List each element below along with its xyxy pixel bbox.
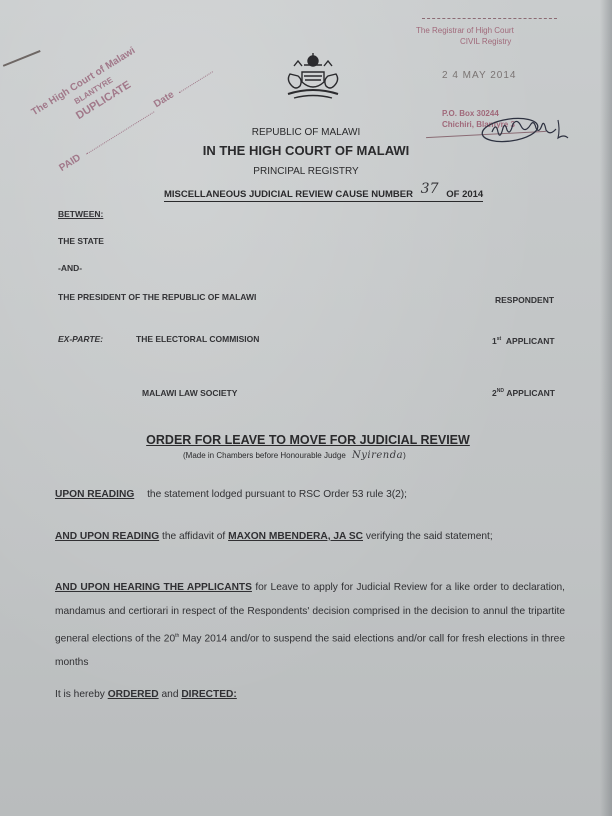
stamp-border <box>422 18 557 19</box>
applicant2-role-label: APPLICANT <box>506 388 555 398</box>
applicant1-role-label: APPLICANT <box>506 336 555 346</box>
judge-name-handwritten: Nyirenda <box>352 450 403 461</box>
respondent-role: RESPONDENT <box>495 295 554 305</box>
paragraph-and-upon-reading: AND UPON READING the affidavit of MAXON … <box>55 531 493 542</box>
p1-text: the statement lodged pursuant to RSC Ord… <box>147 489 407 500</box>
cause-number-handwritten: 37 <box>416 181 444 197</box>
order-subtitle-close: ) <box>403 451 406 460</box>
document-page: The High Court of Malawi BLANTYRE DUPLIC… <box>0 0 612 816</box>
p4-ordered: ORDERED <box>108 689 159 700</box>
ink-mark <box>3 50 41 67</box>
order-title: ORDER FOR LEAVE TO MOVE FOR JUDICIAL REV… <box>0 433 612 447</box>
p3-ordinal-suffix: th <box>175 633 179 639</box>
paragraph-upon-reading: UPON READING the statement lodged pursua… <box>55 489 407 500</box>
respondent-name: THE PRESIDENT OF THE REPUBLIC OF MALAWI <box>58 292 256 302</box>
applicant2-ordinal-suffix: ND <box>497 388 504 394</box>
p4-directed: DIRECTED: <box>181 689 236 700</box>
order-subtitle: (Made in Chambers before Honourable Judg… <box>183 450 406 461</box>
stamp-dotted-line <box>179 71 213 93</box>
paragraph-upon-hearing: AND UPON HEARING THE APPLICANTS for Leav… <box>55 576 565 675</box>
claimant-name: THE STATE <box>58 236 104 246</box>
applicant1-role: 1st APPLICANT <box>492 336 555 346</box>
paragraph-ordered: It is hereby ORDERED and DIRECTED: <box>55 689 237 700</box>
order-title-text: ORDER FOR LEAVE TO MOVE FOR JUDICIAL REV… <box>146 433 470 447</box>
p1-heading: UPON READING <box>55 489 134 500</box>
applicant2-name: MALAWI LAW SOCIETY <box>142 388 237 398</box>
cause-number-underline: MISCELLANEOUS JUDICIAL REVIEW CAUSE NUMB… <box>164 185 483 202</box>
order-subtitle-text: (Made in Chambers before Honourable Judg… <box>183 451 346 460</box>
p2-text-a: the affidavit of <box>162 531 225 542</box>
stamp-date: 2 4 MAY 2014 <box>442 70 516 81</box>
applicant1-name: THE ELECTORAL COMMISION <box>136 334 259 344</box>
registry-heading: PRINCIPAL REGISTRY <box>0 166 612 177</box>
p4-and: and <box>161 689 178 700</box>
between-label: BETWEEN: <box>58 209 103 219</box>
applicant2-role: 2ND APPLICANT <box>492 388 555 398</box>
republic-heading: REPUBLIC OF MALAWI <box>0 127 612 138</box>
coat-of-arms-icon <box>280 52 346 104</box>
applicant1-ordinal-suffix: st <box>497 336 501 342</box>
stamp-registry: CIVIL Registry <box>460 37 511 46</box>
p2-heading: AND UPON READING <box>55 531 159 542</box>
cause-suffix: OF 2014 <box>446 189 483 200</box>
p3-heading: AND UPON HEARING THE APPLICANTS <box>55 582 252 593</box>
p2-deponent-name: MAXON MBENDERA, JA SC <box>228 531 363 542</box>
cause-prefix: MISCELLANEOUS JUDICIAL REVIEW CAUSE NUMB… <box>164 189 413 200</box>
stamp-registrar: The Registrar of High Court <box>416 26 514 35</box>
stamp-date-label: Date <box>152 89 176 110</box>
p2-text-b: verifying the said statement; <box>366 531 493 542</box>
ex-parte-label: EX-PARTE: <box>58 334 103 344</box>
court-heading: IN THE HIGH COURT OF MALAWI <box>0 143 612 158</box>
and-separator: -AND- <box>58 263 82 273</box>
p4-text: It is hereby <box>55 689 105 700</box>
cause-number-line: MISCELLANEOUS JUDICIAL REVIEW CAUSE NUMB… <box>164 185 483 202</box>
